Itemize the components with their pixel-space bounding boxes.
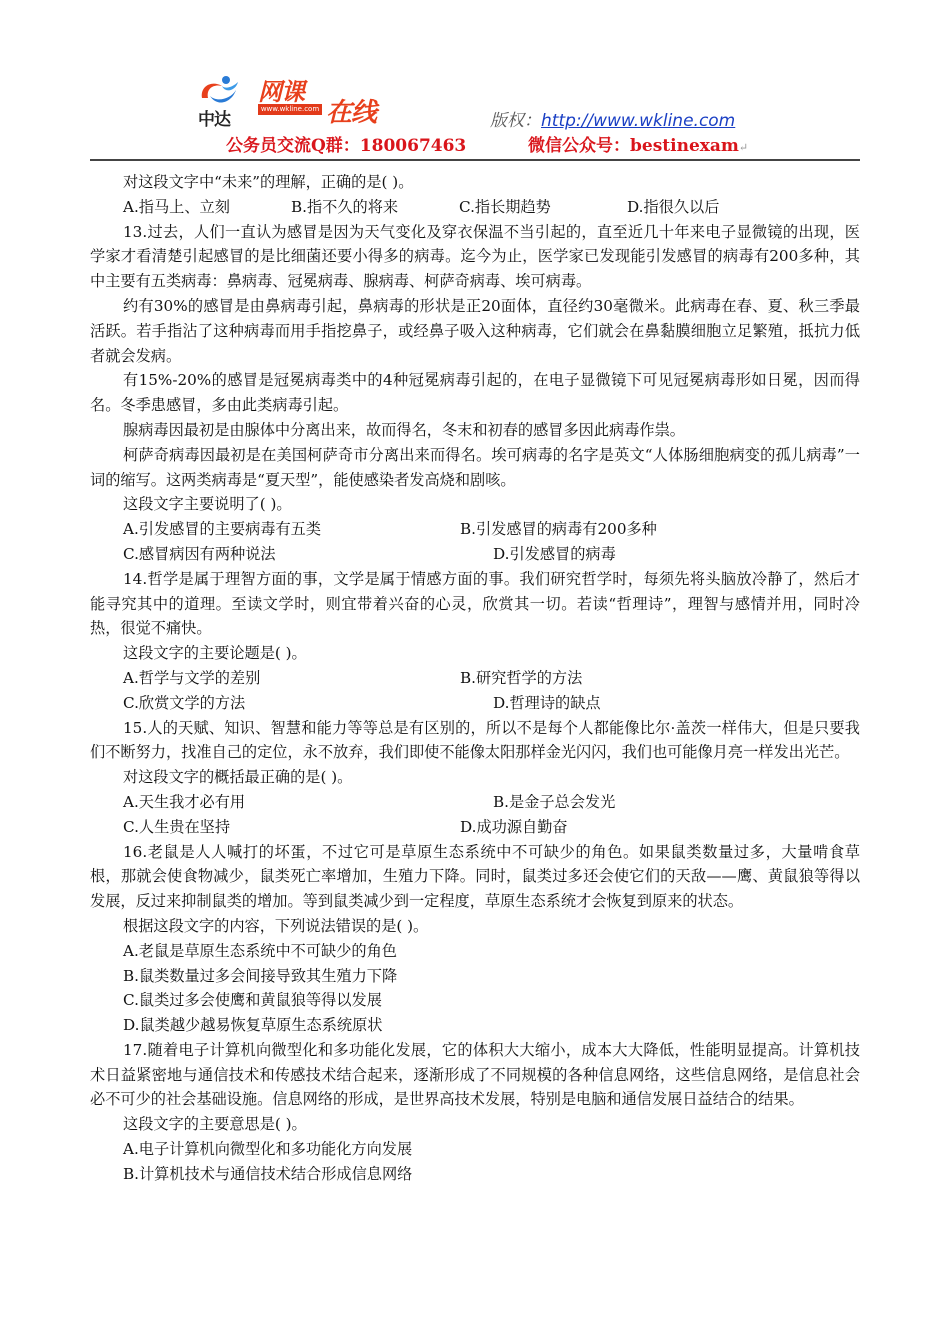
logo-url: www.wkline.com <box>258 104 322 115</box>
options-row: C.欣赏文学的方法 D.哲理诗的缺点 <box>90 691 860 716</box>
option-b: B.研究哲学的方法 <box>460 666 582 691</box>
options-row: C.人生贵在坚持 D.成功源自勤奋 <box>90 815 860 840</box>
question-stem: 对这段文字中“未来”的理解，正确的是( )。 <box>90 170 860 195</box>
option-d: D.成功源自勤奋 <box>460 815 568 840</box>
question-stem: 这段文字的主要意思是( )。 <box>90 1112 860 1137</box>
logo-brand-text: 中达 <box>198 105 230 130</box>
logo-title-1: 网课 <box>258 72 304 107</box>
option-d: D.鼠类越少越易恢复草原生态系统原状 <box>90 1013 860 1038</box>
wechat-text: 微信公众号：bestinexam <box>528 136 739 156</box>
question-paragraph: 15.人的天赋、知识、智慧和能力等等总是有区别的，所以不是每个人都能像比尔·盖茨… <box>90 716 860 766</box>
options-row: C.感冒病因有两种说法 D.引发感冒的病毒 <box>90 542 860 567</box>
option-c: C.人生贵在坚持 <box>123 815 230 840</box>
question-stem: 对这段文字的概括最正确的是( )。 <box>90 765 860 790</box>
paragraph-mark-icon: ↵ <box>739 141 748 154</box>
option-b: B.指不久的将来 <box>291 195 398 220</box>
question-stem: 这段文字主要说明了( )。 <box>90 492 860 517</box>
logo: 中达 网课 www.wkline.com 在线 <box>196 72 421 128</box>
header-divider <box>90 159 860 161</box>
question-paragraph: 17.随着电子计算机向微型化和多功能化发展，它的体积大大缩小，成本大大降低，性能… <box>90 1038 860 1112</box>
option-b: B.计算机技术与通信技术结合形成信息网络 <box>90 1162 860 1187</box>
copyright: 版权：http://www.wkline.com <box>490 106 735 131</box>
options-row: A.天生我才必有用 B.是金子总会发光 <box>90 790 860 815</box>
question-paragraph: 16.老鼠是人人喊打的坏蛋，不过它可是草原生态系统中不可缺少的角色。如果鼠类数量… <box>90 840 860 914</box>
option-b: B.是金子总会发光 <box>493 790 615 815</box>
option-a: A.电子计算机向微型化和多功能化方向发展 <box>90 1137 860 1162</box>
option-a: A.老鼠是草原生态系统中不可缺少的角色 <box>90 939 860 964</box>
question-paragraph: 14.哲学是属于理智方面的事，文学是属于情感方面的事。我们研究哲学时，每须先将头… <box>90 567 860 641</box>
option-c: C.指长期趋势 <box>459 195 551 220</box>
wechat-account: 微信公众号：bestinexam↵ <box>528 131 748 156</box>
question-paragraph: 约有30%的感冒是由鼻病毒引起，鼻病毒的形状是正20面体，直径约30毫微米。此病… <box>90 294 860 368</box>
question-stem: 这段文字的主要论题是( )。 <box>90 641 860 666</box>
option-c: C.感冒病因有两种说法 <box>123 542 276 567</box>
question-stem: 根据这段文字的内容，下列说法错误的是( )。 <box>90 914 860 939</box>
option-a: A.引发感冒的主要病毒有五类 <box>123 517 321 542</box>
page-header: 中达 网课 www.wkline.com 在线 版权：http://www.wk… <box>0 0 950 170</box>
option-d: D.指很久以后 <box>627 195 719 220</box>
qq-group-text: 公务员交流Q群：180067463 <box>226 131 466 156</box>
options-row: A.引发感冒的主要病毒有五类 B.引发感冒的病毒有200多种 <box>90 517 860 542</box>
option-a: A.哲学与文学的差别 <box>123 666 260 691</box>
document-body: 对这段文字中“未来”的理解，正确的是( )。 A.指马上、立刻 B.指不久的将来… <box>90 170 860 1187</box>
logo-title-2: 在线 <box>326 92 376 129</box>
option-b: B.鼠类数量过多会间接导致其生殖力下降 <box>90 964 860 989</box>
question-paragraph: 柯萨奇病毒因最初是在美国柯萨奇市分离出来而得名。埃可病毒的名字是英文“人体肠细胞… <box>90 443 860 493</box>
option-d: D.引发感冒的病毒 <box>493 542 616 567</box>
website-link[interactable]: http://www.wkline.com <box>541 111 735 131</box>
question-paragraph: 腺病毒因最初是由腺体中分离出来，故而得名，冬末和初春的感冒多因此病毒作祟。 <box>90 418 860 443</box>
option-a: A.天生我才必有用 <box>123 790 245 815</box>
option-c: C.欣赏文学的方法 <box>123 691 245 716</box>
options-row: A.指马上、立刻 B.指不久的将来 C.指长期趋势 D.指很久以后 <box>90 195 860 220</box>
option-a: A.指马上、立刻 <box>123 195 230 220</box>
copyright-label: 版权： <box>490 111 541 131</box>
option-d: D.哲理诗的缺点 <box>493 691 601 716</box>
options-row: A.哲学与文学的差别 B.研究哲学的方法 <box>90 666 860 691</box>
option-b: B.引发感冒的病毒有200多种 <box>460 517 657 542</box>
option-c: C.鼠类过多会使鹰和黄鼠狼等得以发展 <box>90 988 860 1013</box>
question-paragraph: 有15%-20%的感冒是冠冕病毒类中的4种冠冕病毒引起的，在电子显微镜下可见冠冕… <box>90 368 860 418</box>
question-paragraph: 13.过去，人们一直认为感冒是因为天气变化及穿衣保温不当引起的，直至近几十年来电… <box>90 220 860 294</box>
